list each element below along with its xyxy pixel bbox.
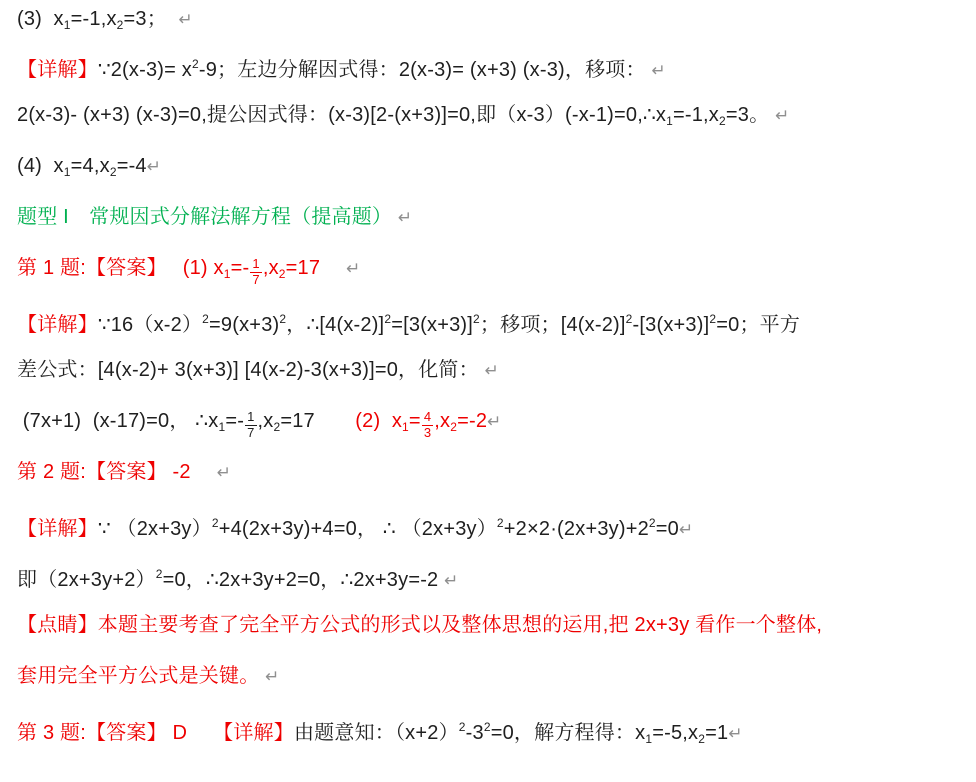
text-run: =[3(x+3)] [391,314,473,336]
fraction: 17 [244,410,257,441]
text-run: =-4 [117,155,147,177]
text-run: 差公式：[4(x-2)+ 3(x+3)] [4(x-2)-3(x+3)]=0，化… [17,359,485,381]
paragraph-mark-icon: ↵ [147,157,161,176]
text-run: (3) x [17,8,64,30]
text-run: =0，∴2x+3y+2=0，∴2x+3y=-2 [163,569,445,591]
text-run: 【详解】 [213,722,294,744]
text-run: 2 [279,267,286,281]
doc-line: 套用完全平方公式是关键。 ↵ [17,651,976,702]
text-run: 第 1 题:【答案】 (1) x [17,257,224,279]
text-run: 题型 I 常规因式分解法解方程（提高题） [17,206,392,228]
text-run: 2 [110,165,117,179]
text-run: 由题意知：（x+2） [294,722,459,744]
doc-line: 第 1 题:【答案】 (1) x1=-17,x2=17 ↵ [17,243,976,294]
fraction-denominator: 3 [422,426,433,441]
text-run: 2 [192,57,199,71]
paragraph-mark-icon: ↵ [178,10,192,29]
doc-line: 2(x-3)- (x+3) (x-3)=0,提公因式得：(x-3)[2-(x+3… [17,90,976,141]
text-run: 2 [649,516,656,530]
doc-line: 题型 I 常规因式分解法解方程（提高题） ↵ [17,192,976,243]
fraction: 43 [421,410,434,441]
fraction-numerator: 1 [245,410,256,426]
text-run: (7x+1) (x-17)=0， ∴x [17,410,218,432]
text-run: +4(2x+3y)+4=0， ∴ （2x+3y） [219,518,497,540]
text-run: ，∴[4(x-2)] [286,314,384,336]
fraction-denominator: 7 [250,273,261,288]
paragraph-mark-icon: ↵ [485,361,499,380]
doc-line: 第 2 题:【答案】 -2 ↵ [17,447,976,498]
doc-line: (7x+1) (x-17)=0， ∴x1=-17,x2=17 (2) x1=43… [17,396,976,447]
text-run: 2 [626,312,633,326]
text-run: 1 [224,267,231,281]
text-run: 2 [473,312,480,326]
text-run: 【详解】 [17,314,98,336]
text-run: =17 [286,257,321,279]
text-run: = [409,410,421,432]
paragraph-mark-icon: ↵ [398,208,412,227]
text-run: 2 [484,720,491,734]
text-run: =4,x [71,155,110,177]
doc-line: (4) x1=4,x2=-4↵ [17,141,976,192]
text-run: =0；平方 [716,314,800,336]
doc-line: 【点睛】本题主要考查了完全平方公式的形式以及整体思想的运用,把 2x+3y 看作… [17,600,976,651]
doc-line: (3) x1=-1,x2=3； ↵ [17,0,976,39]
paragraph-mark-icon: ↵ [265,667,279,686]
doc-line: 第 3 题:【答案】 D 【详解】由题意知：（x+2）2-32=0，解方程得：x… [17,702,976,753]
text-run: 1 [402,420,409,434]
text-run: ∵2(x-3)= x [98,59,192,81]
text-run: 【点睛】本题主要考查了完全平方公式的形式以及整体思想的运用,把 2x+3y 看作… [17,614,822,636]
fraction-numerator: 1 [250,257,261,273]
text-run: ；移项；[4(x-2)] [480,314,626,336]
text-run: 2 [117,18,124,32]
fraction: 17 [249,257,262,288]
text-run: -9；左边分解因式得：2(x-3)= (x+3) (x-3)，移项： [199,59,652,81]
fraction-denominator: 7 [245,426,256,441]
fraction-numerator: 4 [422,410,433,426]
text-run: =3。 [726,104,775,126]
text-run: 第 2 题:【答案】 -2 [17,461,191,483]
text-run: =-1,x [71,8,117,30]
text-run: 2 [212,516,219,530]
paragraph-mark-icon: ↵ [728,724,742,743]
text-run: ∵16（x-2） [98,314,202,336]
text-run: (2) x [355,410,402,432]
document-page: (3) x1=-1,x2=3； ↵【详解】∵2(x-3)= x2-9；左边分解因… [0,0,976,753]
text-run: 2 [497,516,504,530]
doc-line: 即（2x+3y+2）2=0，∴2x+3y+2=0，∴2x+3y=-2 ↵ [17,549,976,600]
paragraph-mark-icon: ↵ [444,571,458,590]
text-run: =3； [124,8,179,30]
text-run: =9(x+3) [209,314,279,336]
text-run: -[3(x+3)] [633,314,710,336]
text-run: 2 [719,114,726,128]
paragraph-mark-icon: ↵ [651,61,665,80]
text-run: 第 3 题:【答案】 D [17,722,213,744]
text-run: =- [231,257,250,279]
text-run: =-2 [457,410,487,432]
paragraph-mark-icon: ↵ [217,463,231,482]
text-run: =17 [280,410,355,432]
text-run [191,461,217,483]
text-run: =1 [705,722,728,744]
text-run: 即（2x+3y+2） [17,569,156,591]
text-run: 套用完全平方公式是关键。 [17,665,259,687]
text-run: =-5,x [652,722,698,744]
paragraph-mark-icon: ↵ [679,520,693,539]
text-run: =-1,x [673,104,719,126]
doc-line: 【详解】∵16（x-2）2=9(x+3)2，∴[4(x-2)]2=[3(x+3)… [17,294,976,345]
doc-line: 差公式：[4(x-2)+ 3(x+3)] [4(x-2)-3(x+3)]=0，化… [17,345,976,396]
text-run: =- [225,410,244,432]
text-run: 【详解】 [17,59,98,81]
text-run: 【详解】 [17,518,98,540]
text-run: 2 [459,720,466,734]
text-run: (4) x [17,155,64,177]
text-run: 2(x-3)- (x+3) (x-3)=0,提公因式得：(x-3)[2-(x+3… [17,104,666,126]
text-run: ,x [258,410,274,432]
paragraph-mark-icon: ↵ [775,106,789,125]
text-run: ,x [263,257,279,279]
text-run: =0 [656,518,679,540]
text-run: 1 [64,18,71,32]
text-run: ,x [434,410,450,432]
text-run: ∵ （2x+3y） [98,518,212,540]
paragraph-mark-icon: ↵ [346,259,360,278]
text-run: 1 [666,114,673,128]
text-run: -3 [466,722,484,744]
doc-line: 【详解】∵ （2x+3y）2+4(2x+3y)+4=0， ∴ （2x+3y）2+… [17,498,976,549]
doc-line: 【详解】∵2(x-3)= x2-9；左边分解因式得：2(x-3)= (x+3) … [17,39,976,90]
text-run: 1 [64,165,71,179]
paragraph-mark-icon: ↵ [487,412,501,431]
text-run: 2 [156,567,163,581]
text-run: +2×2·(2x+3y)+2 [504,518,649,540]
text-run [320,257,346,279]
text-run: =0，解方程得：x [491,722,646,744]
